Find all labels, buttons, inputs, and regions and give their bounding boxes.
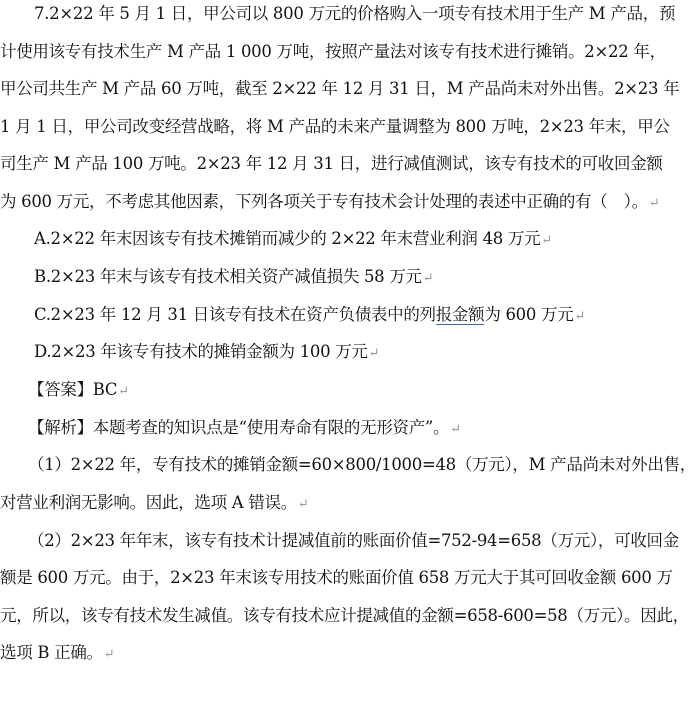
question-line-4: 1 月 1 日，甲公司改变经营战略，将 M 产品的未来产量调整为 800 万吨，… [0, 117, 670, 137]
paragraph-mark-icon: ↵ [104, 647, 115, 662]
analysis-p2-line-3: 元，所以，该专有技术发生减值。该专有技术应计提减值的金额=658-600=58（… [0, 606, 689, 626]
analysis-intro-text: 【解析】本题考查的知识点是“使用寿命有限的无形资产”。 [28, 418, 449, 437]
paragraph-mark-icon: ↵ [649, 196, 660, 211]
analysis-p2-line-4-text: 选项 B 正确。 [0, 643, 103, 662]
option-b: B.2×23 年末与该专有技术相关资产减值损失 58 万元↵ [34, 267, 433, 289]
option-b-text: B.2×23 年末与该专有技术相关资产减值损失 58 万元 [34, 267, 422, 286]
option-c-underlined-term: 报金额 [436, 305, 485, 325]
paragraph-mark-icon: ↵ [423, 271, 434, 286]
analysis-p1-line-2-text: 对营业利润无影响。因此，选项 A 错误。 [0, 493, 297, 512]
question-line-2: 计使用该专有技术生产 M 产品 1 000 万吨，按照产量法对该专有技术进行摊销… [0, 42, 666, 62]
option-c: C.2×23 年 12 月 31 日该专有技术在资产负债表中的列报金额为 600… [34, 305, 585, 327]
question-line-5: 司生产 M 产品 100 万吨。2×23 年 12 月 31 日，进行减值测试，… [0, 154, 663, 174]
option-c-text-pre: C.2×23 年 12 月 31 日该专有技术在资产负债表中的列 [34, 305, 436, 324]
option-a: A.2×22 年末因该专有技术摊销而减少的 2×22 年末营业利润 48 万元↵ [34, 229, 552, 251]
question-line-3: 甲公司共生产 M 产品 60 万吨，截至 2×22 年 12 月 31 日，M … [0, 79, 679, 99]
option-a-text: A.2×22 年末因该专有技术摊销而减少的 2×22 年末营业利润 48 万元 [34, 229, 540, 248]
option-d-text: D.2×23 年该专有技术的摊销金额为 100 万元 [34, 342, 368, 361]
question-line-1: 7.2×22 年 5 月 1 日，甲公司以 800 万元的价格购入一项专有技术用… [34, 4, 675, 24]
option-d: D.2×23 年该专有技术的摊销金额为 100 万元↵ [34, 342, 379, 364]
analysis-p2-line-4: 选项 B 正确。↵ [0, 643, 114, 665]
analysis-p1-line-1: （1）2×22 年，专有技术的摊销金额=60×800/1000=48（万元），M… [28, 455, 694, 475]
analysis-intro: 【解析】本题考查的知识点是“使用寿命有限的无形资产”。↵ [28, 418, 461, 440]
paragraph-mark-icon: ↵ [450, 422, 461, 437]
answer-line: 【答案】BC↵ [28, 380, 129, 402]
paragraph-mark-icon: ↵ [574, 309, 585, 324]
question-line-6-text: 为 600 万元，不考虑其他因素，下列各项关于专有技术会计处理的表述中正确的有（… [0, 192, 648, 211]
option-c-text-post: 为 600 万元 [484, 305, 573, 324]
analysis-p2-line-2: 额是 600 万元。由于，2×23 年末该专用技术的账面价值 658 万元大于其… [0, 568, 673, 588]
paragraph-mark-icon: ↵ [541, 233, 552, 248]
paragraph-mark-icon: ↵ [118, 384, 129, 399]
paragraph-mark-icon: ↵ [369, 346, 380, 361]
analysis-p2-line-1: （2）2×23 年年末，该专有技术计提减值前的账面价值=752-94=658（万… [28, 531, 679, 551]
question-line-6: 为 600 万元，不考虑其他因素，下列各项关于专有技术会计处理的表述中正确的有（… [0, 192, 659, 214]
answer-text: 【答案】BC [28, 380, 117, 399]
analysis-p1-line-2: 对营业利润无影响。因此，选项 A 错误。↵ [0, 493, 309, 515]
paragraph-mark-icon: ↵ [298, 497, 309, 512]
